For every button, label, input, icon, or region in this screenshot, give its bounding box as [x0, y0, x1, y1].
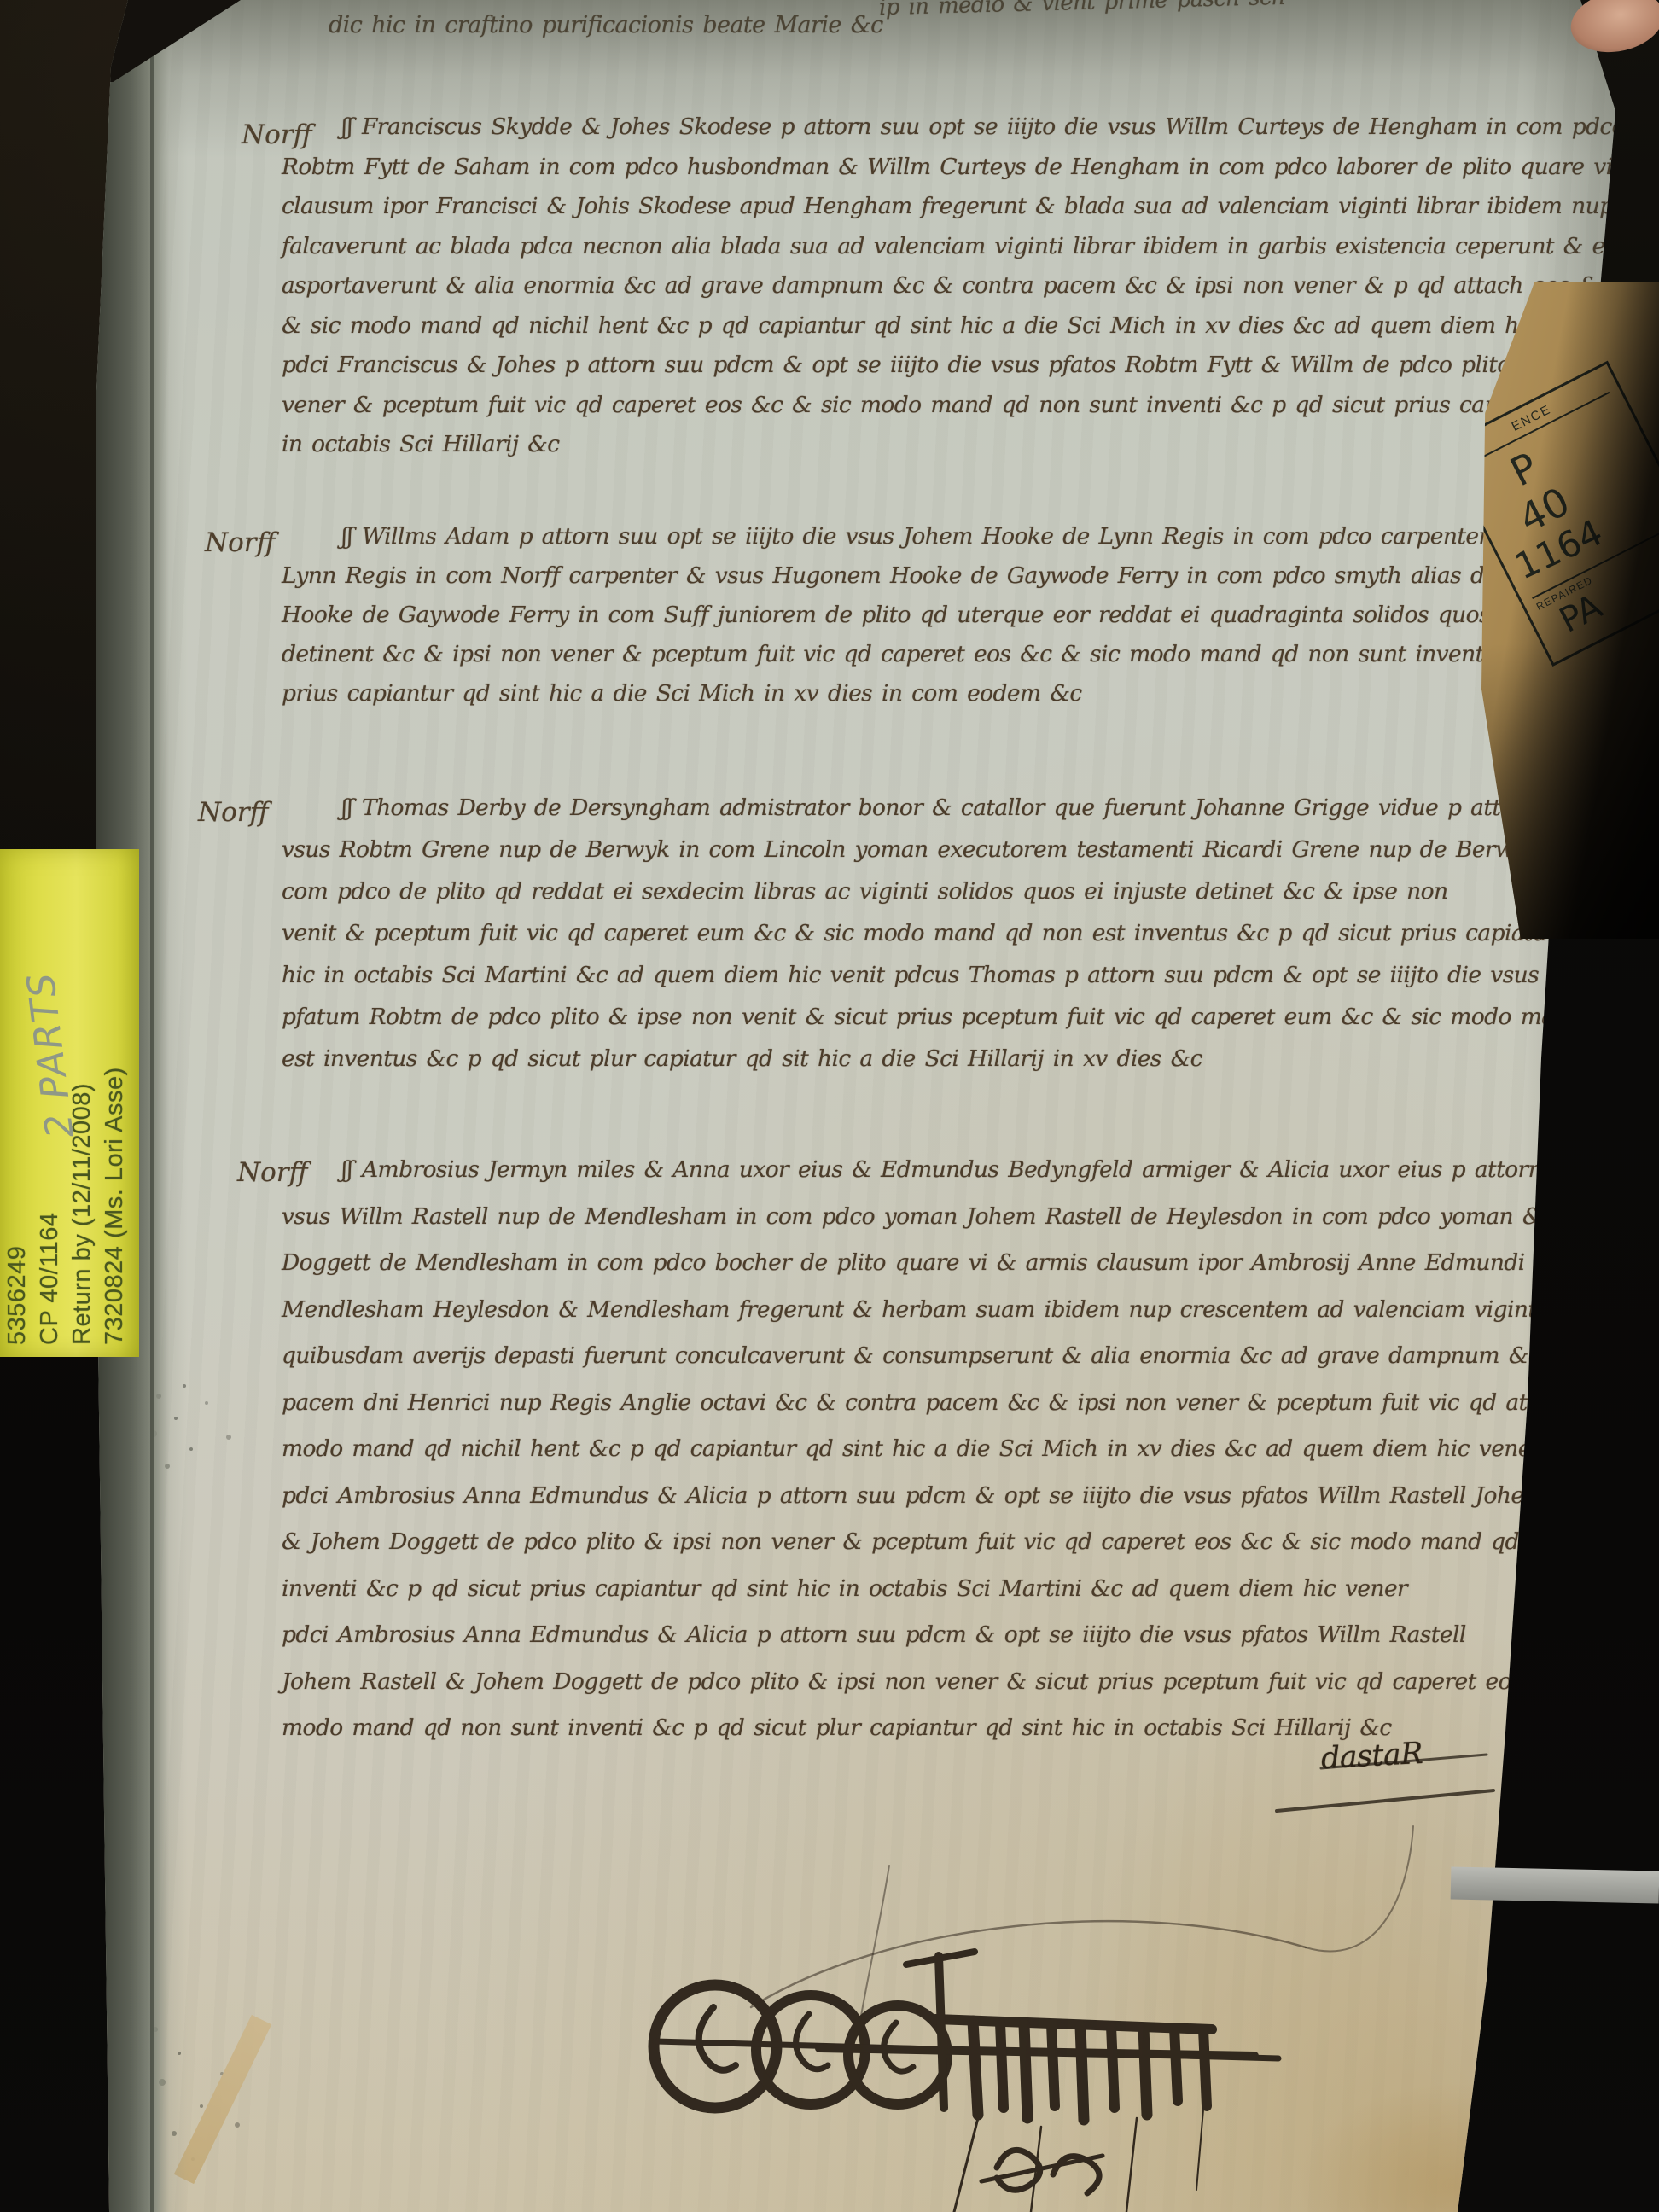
note-handwritten-parts: 2 PARTS	[19, 969, 82, 1141]
archive-note: 5356249 CP 40/1164 Return by (12/11/2008…	[0, 849, 139, 1357]
note-document-reference: CP 40/1164	[36, 1213, 64, 1346]
reference-tag: ENCE P 40 1164 REPAIRED PA	[1481, 282, 1659, 939]
archive-note-face: 5356249 CP 40/1164 Return by (12/11/2008…	[0, 849, 139, 1357]
clerk-signature-flourish	[0, 0, 1659, 2212]
photograph-of-plea-roll: solvere debuisse conduxisse in com pdco …	[0, 0, 1659, 2212]
reference-tag-shadow	[1481, 282, 1659, 939]
note-reference-number: 5356249	[3, 1246, 32, 1345]
note-order-line: 7320824 (Ms. Lori Asse)	[101, 1067, 129, 1345]
